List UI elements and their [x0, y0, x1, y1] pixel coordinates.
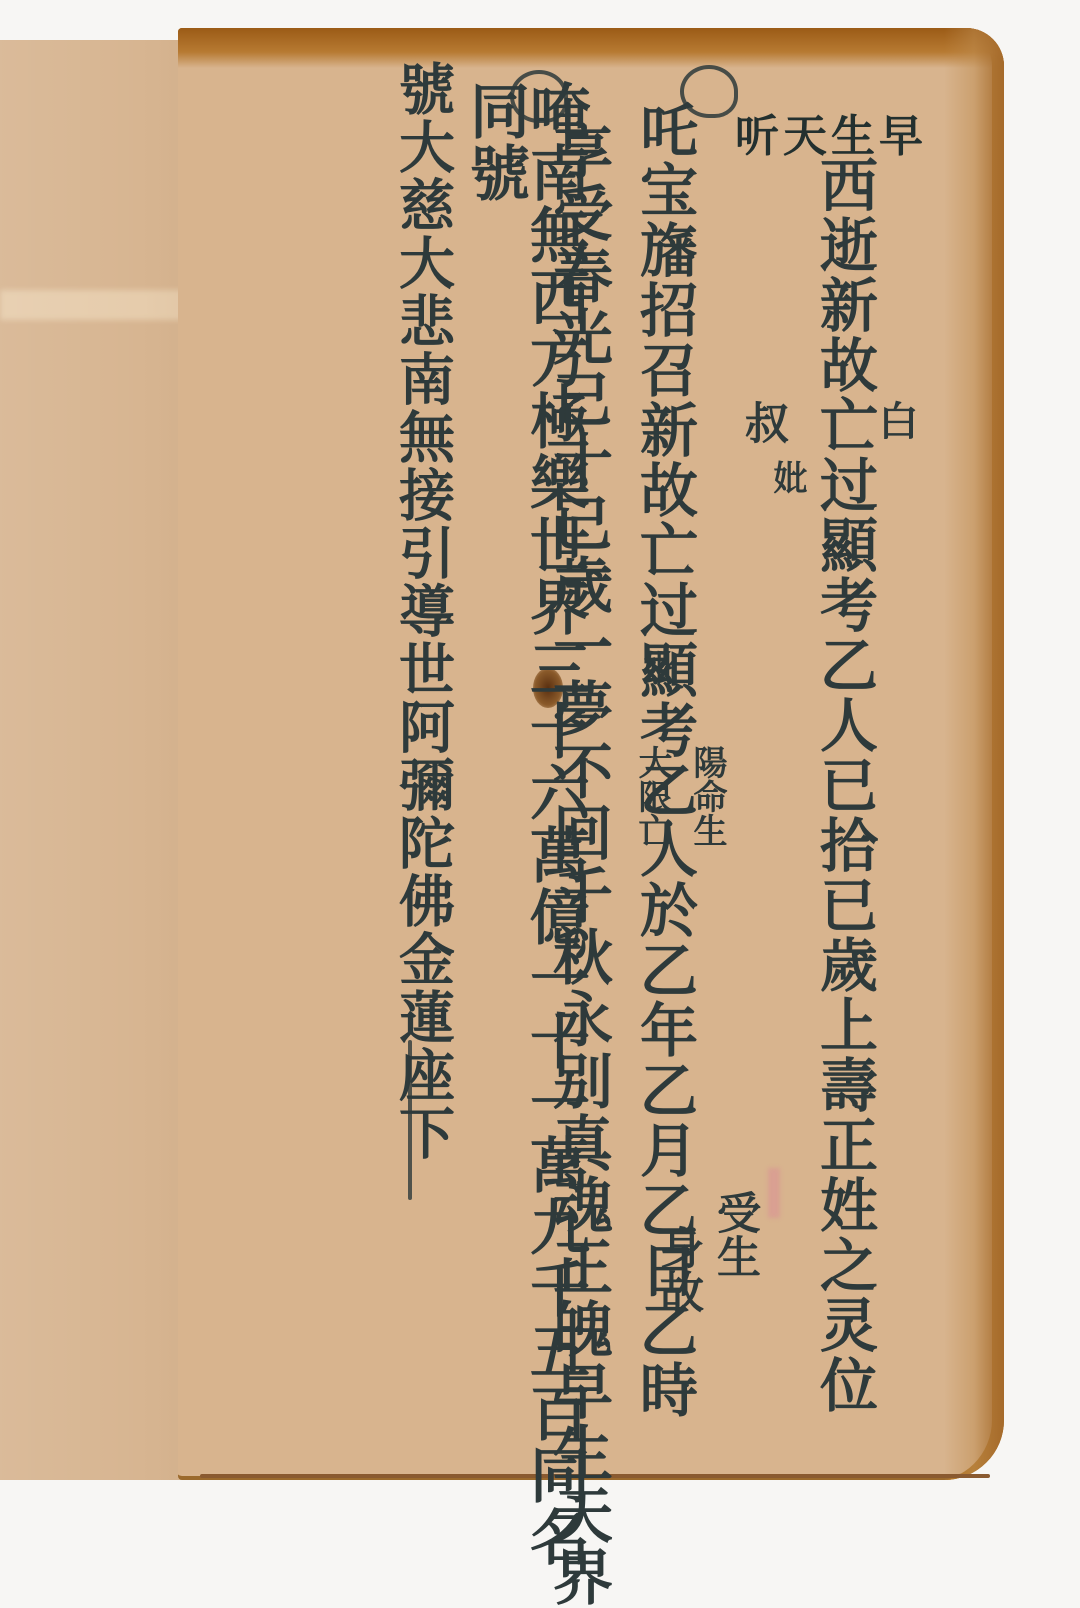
annotation-daxian: 大限亡	[635, 745, 669, 847]
annotation-bai: 白	[875, 400, 915, 440]
text-column-5: 號大慈大悲南無接引導世阿彌陀佛金蓮座下	[395, 60, 451, 1162]
right-edge-stain	[944, 28, 1004, 1480]
pink-mark	[768, 1168, 780, 1218]
text-column-1: 西逝新故亡过顯考乙人已拾已歲上壽正姓之灵位	[815, 155, 873, 1415]
text-column-4: 唵南無西方極樂世界三十六萬億一十一萬九千五百同名同號	[465, 80, 585, 1608]
top-edge-stain	[178, 28, 1004, 68]
annotation-bi-1: 妣	[770, 460, 804, 494]
annotation-shengu: 身故	[655, 1225, 699, 1313]
annotation-shu: 叔	[740, 400, 784, 444]
annotation-yangming: 陽命生	[690, 745, 724, 847]
column-tail-stroke	[408, 1040, 412, 1200]
annotation-bi-2: 妣	[640, 650, 674, 684]
annotation-shousheng: 受生	[712, 1190, 756, 1278]
